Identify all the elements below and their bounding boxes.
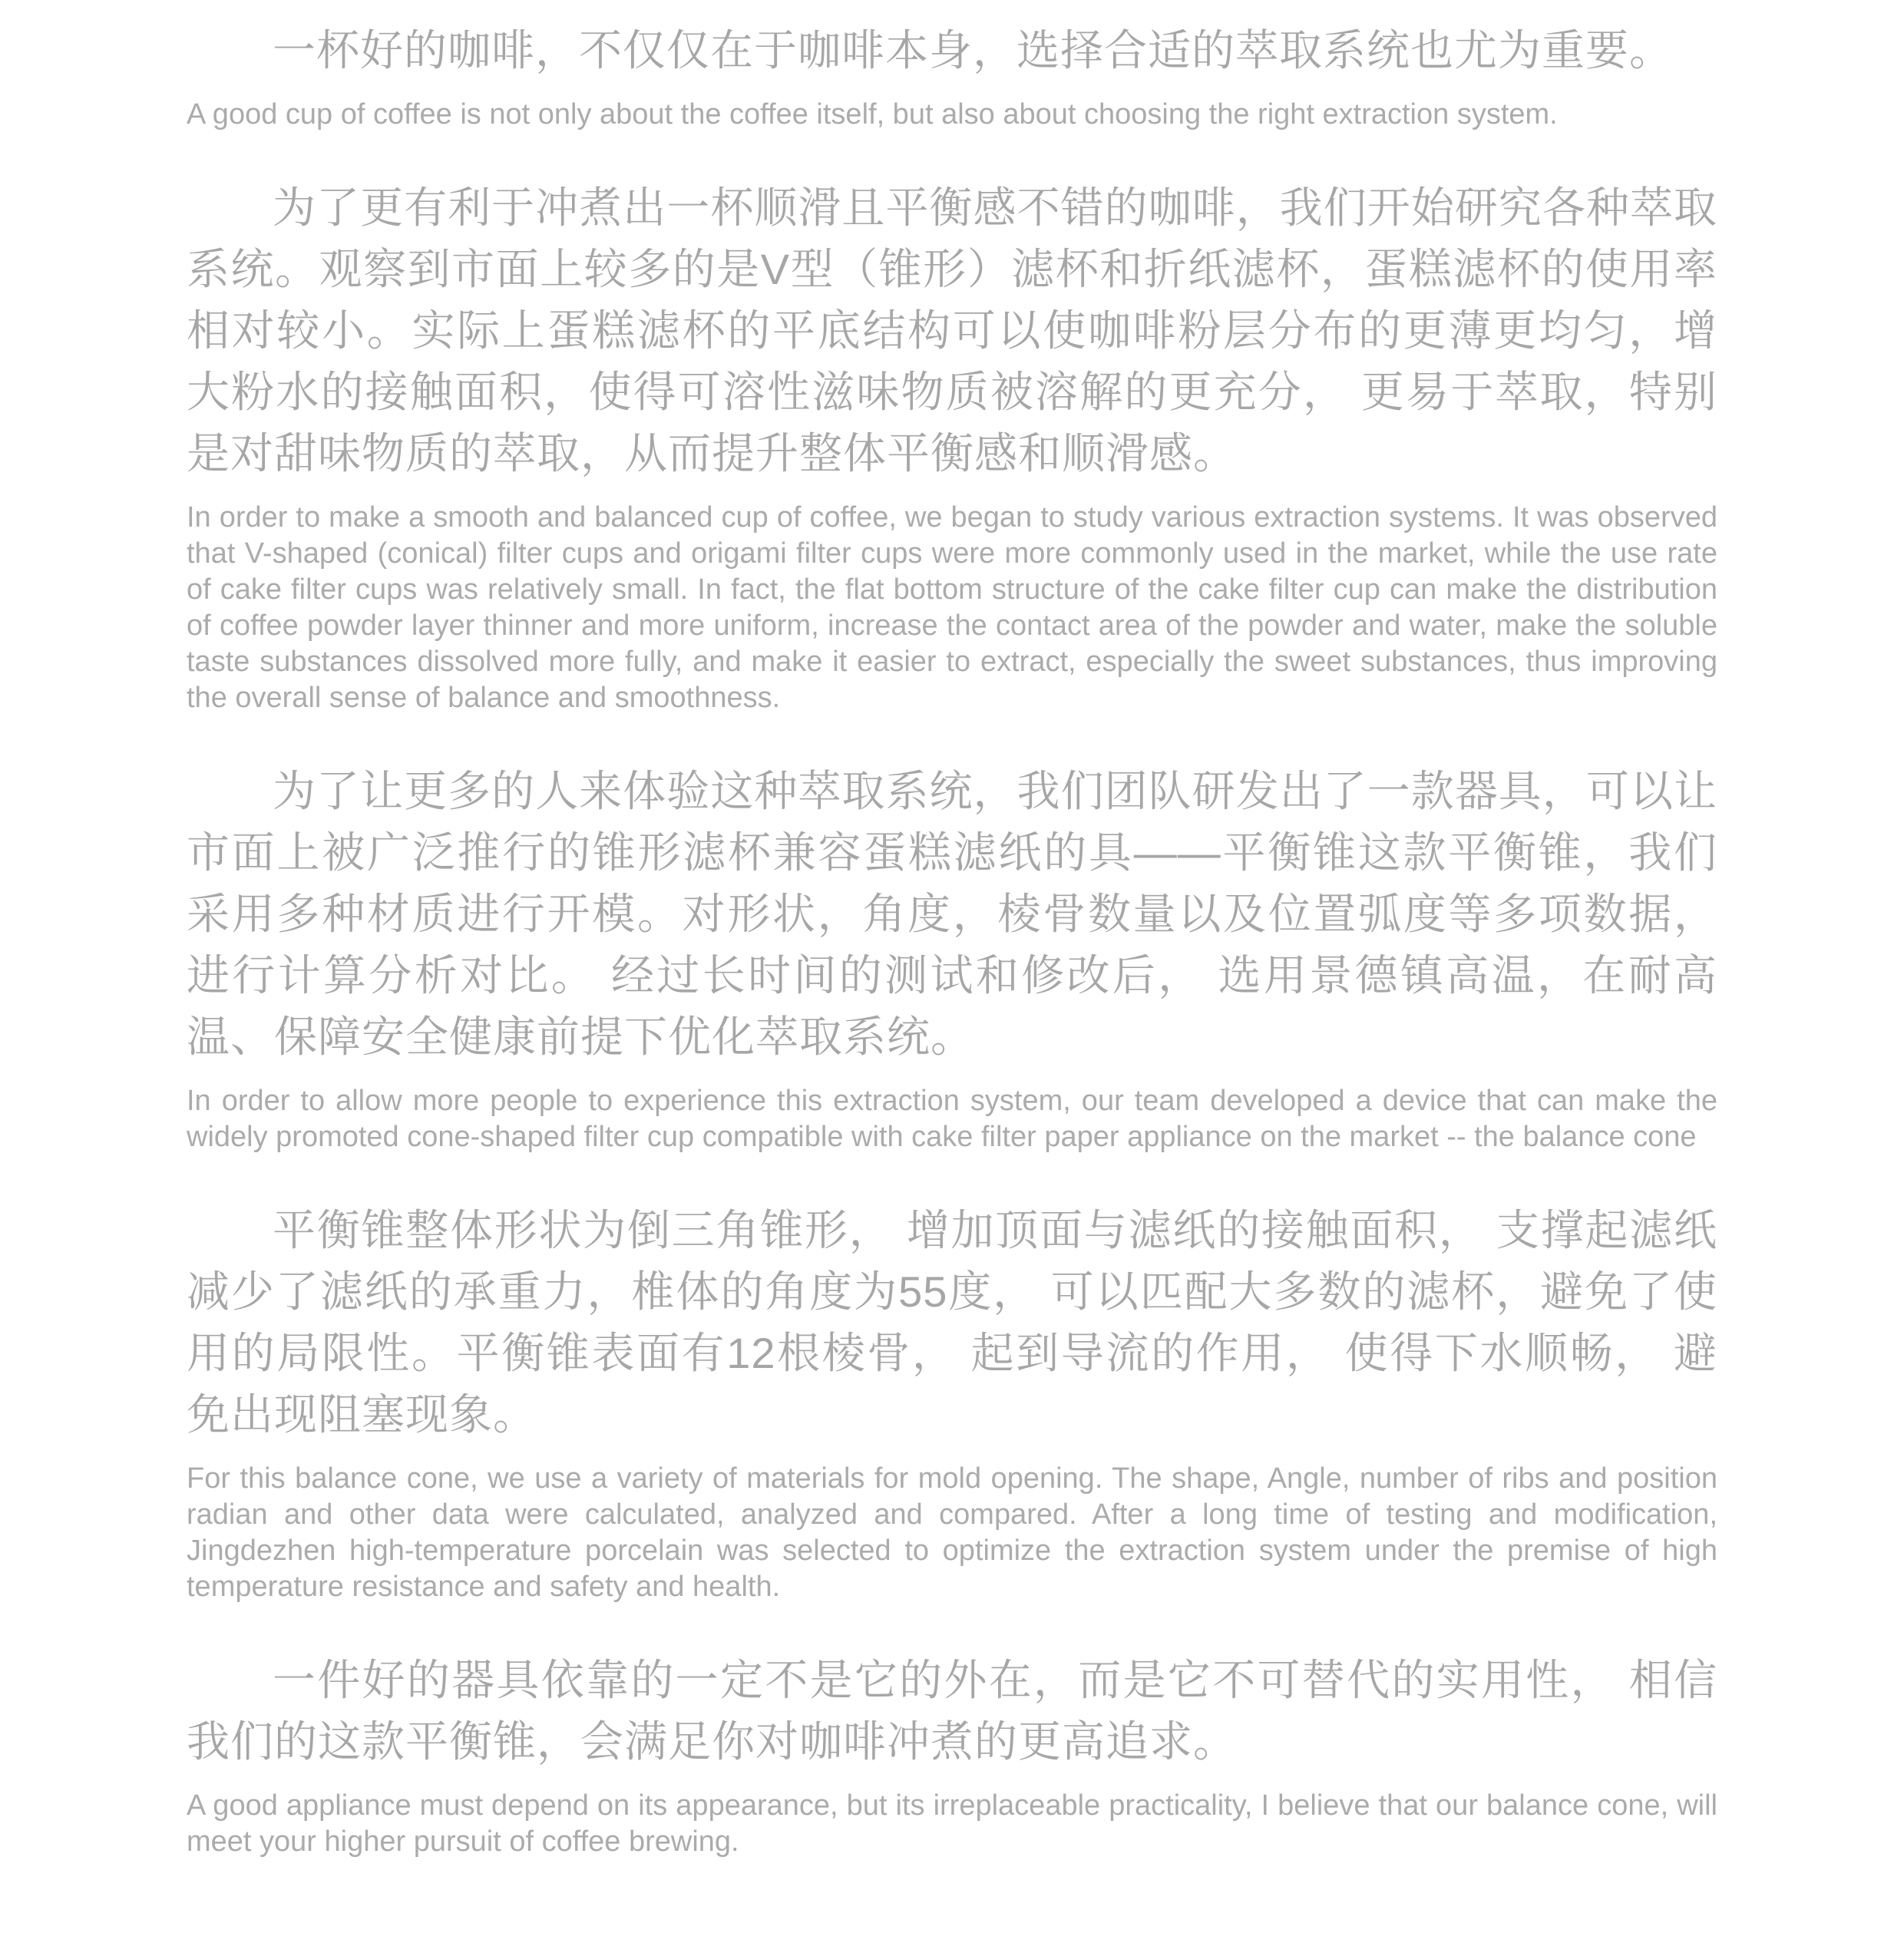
paragraph-2-english: In order to make a smooth and balanced c… [187,500,1717,716]
paragraph-5-english: A good appliance must depend on its appe… [187,1788,1717,1860]
paragraph-pair-2: 为了更有利于冲煮出一杯顺滑且平衡感不错的咖啡，我们开始研究各种萃取系统。观察到市… [187,177,1717,716]
paragraph-pair-4: 平衡锥整体形状为倒三角锥形， 增加顶面与滤纸的接触面积， 支撑起滤纸减少了滤纸的… [187,1200,1717,1605]
paragraph-pair-3: 为了让更多的人来体验这种萃取系统，我们团队研发出了一款器具，可以让市面上被广泛推… [187,761,1717,1155]
paragraph-1-english: A good cup of coffee is not only about t… [187,97,1717,133]
paragraph-3-chinese: 为了让更多的人来体验这种萃取系统，我们团队研发出了一款器具，可以让市面上被广泛推… [187,761,1717,1068]
paragraph-1-chinese: 一杯好的咖啡，不仅仅在于咖啡本身，选择合适的萃取系统也尤为重要。 [187,20,1717,81]
document-page: 一杯好的咖啡，不仅仅在于咖啡本身，选择合适的萃取系统也尤为重要。 A good … [0,0,1904,1956]
paragraph-pair-5: 一件好的器具依靠的一定不是它的外在，而是它不可替代的实用性， 相信我们的这款平衡… [187,1650,1717,1860]
paragraph-4-english: For this balance cone, we use a variety … [187,1461,1717,1605]
paragraph-5-chinese: 一件好的器具依靠的一定不是它的外在，而是它不可替代的实用性， 相信我们的这款平衡… [187,1650,1717,1773]
paragraph-4-chinese: 平衡锥整体形状为倒三角锥形， 增加顶面与滤纸的接触面积， 支撑起滤纸减少了滤纸的… [187,1200,1717,1446]
paragraph-2-chinese: 为了更有利于冲煮出一杯顺滑且平衡感不错的咖啡，我们开始研究各种萃取系统。观察到市… [187,177,1717,484]
paragraph-3-english: In order to allow more people to experie… [187,1083,1717,1155]
paragraph-pair-1: 一杯好的咖啡，不仅仅在于咖啡本身，选择合适的萃取系统也尤为重要。 A good … [187,20,1717,133]
